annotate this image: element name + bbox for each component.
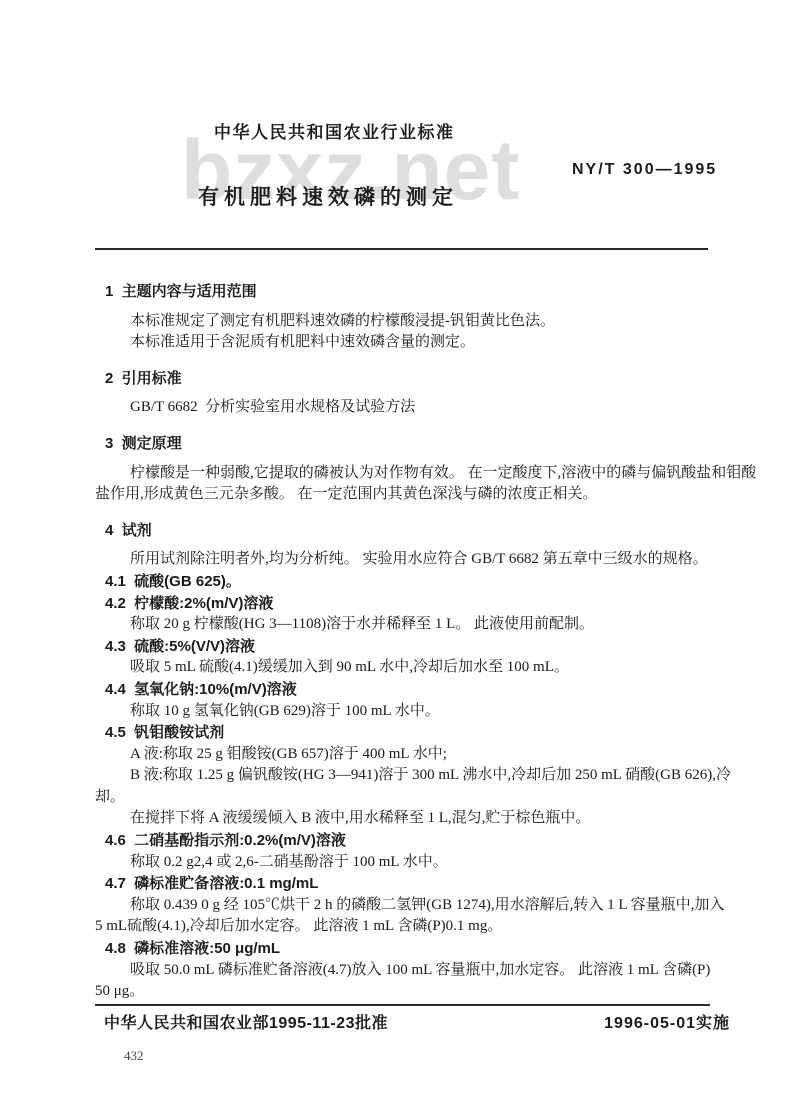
paragraph-line: 吸取 50.0 mL 磷标准贮备溶液(4.7)放入 100 mL 容量瓶中,加水… bbox=[95, 960, 755, 982]
section-heading: 1 主题内容与适用范围 bbox=[95, 281, 755, 303]
document-title: 有机肥料速效磷的测定 bbox=[198, 181, 458, 211]
paragraph-line: 称取 0.439 0 g 经 105℃烘干 2 h 的磷酸二氢钾(GB 1274… bbox=[95, 895, 755, 917]
paragraph-line: 称取 20 g 柠檬酸(HG 3—1108)溶于水并稀释至 1 L。 此液使用前… bbox=[95, 614, 755, 636]
paragraph-line: 柠檬酸是一种弱酸,它提取的磷被认为对作物有效。 在一定酸度下,溶液中的磷与偏钒酸… bbox=[95, 463, 755, 485]
paragraph-line: B 液:称取 1.25 g 偏钒酸铵(HG 3—941)溶于 300 mL 沸水… bbox=[95, 765, 755, 787]
paragraph-line: 本标准规定了测定有机肥料速效磷的柠檬酸浸提-钒钼黄比色法。 bbox=[95, 311, 755, 333]
paragraph-line: 称取 0.2 g2,4 或 2,6-二硝基酚溶于 100 mL 水中。 bbox=[95, 852, 755, 874]
clause-heading: 4.6 二硝基酚指示剂:0.2%(m/V)溶液 bbox=[95, 830, 755, 852]
section-heading: 4 试剂 bbox=[95, 520, 755, 542]
section-heading: 2 引用标准 bbox=[95, 368, 755, 390]
document-body: 1 主题内容与适用范围本标准规定了测定有机肥料速效磷的柠檬酸浸提-钒钼黄比色法。… bbox=[95, 281, 755, 1003]
clause-heading: 4.7 磷标准贮备溶液:0.1 mg/mL bbox=[95, 873, 755, 895]
paragraph-line: 本标准适用于含泥质有机肥料中速效磷含量的测定。 bbox=[95, 332, 755, 354]
clause-heading: 4.1 硫酸(GB 625)。 bbox=[95, 571, 755, 593]
paragraph-line: 称取 10 g 氢氧化钠(GB 629)溶于 100 mL 水中。 bbox=[95, 701, 755, 723]
clause-heading: 4.4 氢氧化钠:10%(m/V)溶液 bbox=[95, 679, 755, 701]
paragraph-line: A 液:称取 25 g 钼酸铵(GB 657)溶于 400 mL 水中; bbox=[95, 744, 755, 766]
standard-authority-line: 中华人民共和国农业行业标准 bbox=[214, 118, 455, 143]
paragraph-line: 在搅拌下将 A 液缓缓倾入 B 液中,用水稀释至 1 L,混匀,贮于棕色瓶中。 bbox=[95, 808, 755, 830]
clause-heading: 4.3 硫酸:5%(V/V)溶液 bbox=[95, 636, 755, 658]
scanned-standard-page: bzxz.net 中华人民共和国农业行业标准 NY/T 300—1995 有机肥… bbox=[0, 0, 800, 1103]
paragraph-line: 吸取 5 mL 硫酸(4.1)缓缓加入到 90 mL 水中,冷却后加水至 100… bbox=[95, 657, 755, 679]
implementation-date: 1996-05-01实施 bbox=[604, 1010, 730, 1033]
clause-heading: 4.8 磷标准溶液:50 μg/mL bbox=[95, 938, 755, 960]
standard-number: NY/T 300—1995 bbox=[572, 161, 717, 179]
approval-line: 中华人民共和国农业部1995-11-23批准 bbox=[104, 1010, 388, 1033]
clause-heading: 4.5 钒钼酸铵试剂 bbox=[95, 722, 755, 744]
clause-heading: 4.2 柠檬酸:2%(m/V)溶液 bbox=[95, 593, 755, 615]
continuation-line: 5 mL硫酸(4.1),冷却后加水定容。 此溶液 1 mL 含磷(P)0.1 m… bbox=[95, 916, 755, 938]
continuation-line: 却。 bbox=[95, 787, 755, 809]
header-rule bbox=[95, 248, 708, 250]
page-number: 432 bbox=[124, 1048, 144, 1064]
footer-rule bbox=[95, 1004, 710, 1006]
continuation-line: 盐作用,形成黄色三元杂多酸。 在一定范围内其黄色深浅与磷的浓度正相关。 bbox=[95, 484, 755, 506]
continuation-line: 50 μg。 bbox=[95, 981, 755, 1003]
section-heading: 3 测定原理 bbox=[95, 433, 755, 455]
paragraph-line: GB/T 6682 分析实验室用水规格及试验方法 bbox=[95, 397, 755, 419]
paragraph-line: 所用试剂除注明者外,均为分析纯。 实验用水应符合 GB/T 6682 第五章中三… bbox=[95, 549, 755, 571]
